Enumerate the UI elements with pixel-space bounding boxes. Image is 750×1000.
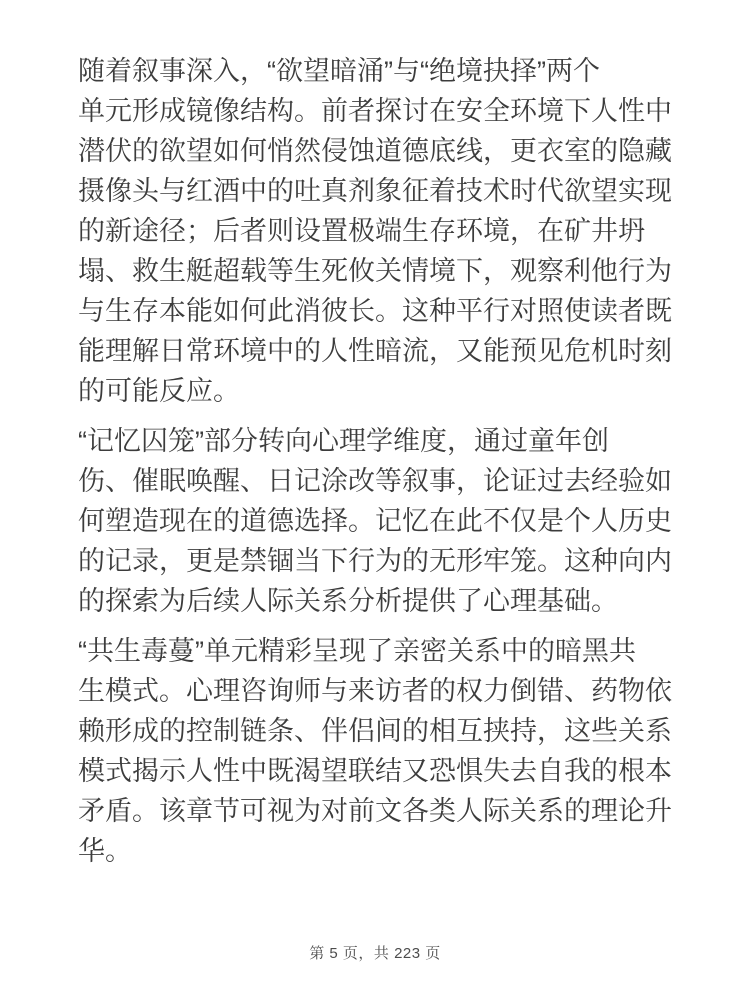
- text-line: 的可能反应。: [78, 371, 674, 411]
- text-line: 的记录，更是禁锢当下行为的无形牢笼。这种向内: [78, 541, 674, 581]
- text-line: 摄像头与红酒中的吐真剂象征着技术时代欲望实现: [78, 171, 674, 211]
- text-line: 的新途径；后者则设置极端生存环境，在矿井坍: [78, 211, 674, 251]
- document-page: 随着叙事深入，“欲望暗涌”与“绝境抉择”两个 单元形成镜像结构。前者探讨在安全环…: [0, 0, 750, 1000]
- text-line: 能理解日常环境中的人性暗流，又能预见危机时刻: [78, 331, 674, 371]
- text-line: 与生存本能如何此消彼长。这种平行对照使读者既: [78, 291, 674, 331]
- text-line: 单元形成镜像结构。前者探讨在安全环境下人性中: [78, 91, 674, 131]
- text-line: 模式揭示人性中既渴望联结又恐惧失去自我的根本: [78, 751, 674, 791]
- text-line: 的探索为后续人际关系分析提供了心理基础。: [78, 581, 674, 621]
- page-number-label: 第 5 页，共 223 页: [309, 945, 441, 962]
- text-line: 伤、催眠唤醒、日记涂改等叙事，论证过去经验如: [78, 461, 674, 501]
- text-line: 随着叙事深入，“欲望暗涌”与“绝境抉择”两个: [78, 51, 674, 91]
- text-line: 赖形成的控制链条、伴侣间的相互挟持，这些关系: [78, 711, 674, 751]
- paragraph-3: “共生毒蔓”单元精彩呈现了亲密关系中的暗黑共 生模式。心理咨询师与来访者的权力倒…: [78, 631, 674, 871]
- text-line: 塌、救生艇超载等生死攸关情境下，观察利他行为: [78, 251, 674, 291]
- paragraph-1: 随着叙事深入，“欲望暗涌”与“绝境抉择”两个 单元形成镜像结构。前者探讨在安全环…: [78, 51, 674, 411]
- text-line: 矛盾。该章节可视为对前文各类人际关系的理论升: [78, 791, 674, 831]
- text-line: 潜伏的欲望如何悄然侵蚀道德底线，更衣室的隐藏: [78, 131, 674, 171]
- text-line: 生模式。心理咨询师与来访者的权力倒错、药物依: [78, 671, 674, 711]
- text-line: 何塑造现在的道德选择。记忆在此不仅是个人历史: [78, 501, 674, 541]
- paragraph-2: “记忆囚笼”部分转向心理学维度，通过童年创 伤、催眠唤醒、日记涂改等叙事，论证过…: [78, 421, 674, 621]
- page-body-text: 随着叙事深入，“欲望暗涌”与“绝境抉择”两个 单元形成镜像结构。前者探讨在安全环…: [78, 51, 674, 871]
- page-footer: 第 5 页，共 223 页: [0, 944, 750, 964]
- text-line: “记忆囚笼”部分转向心理学维度，通过童年创: [78, 421, 674, 461]
- text-line: “共生毒蔓”单元精彩呈现了亲密关系中的暗黑共: [78, 631, 674, 671]
- text-line: 华。: [78, 831, 674, 871]
